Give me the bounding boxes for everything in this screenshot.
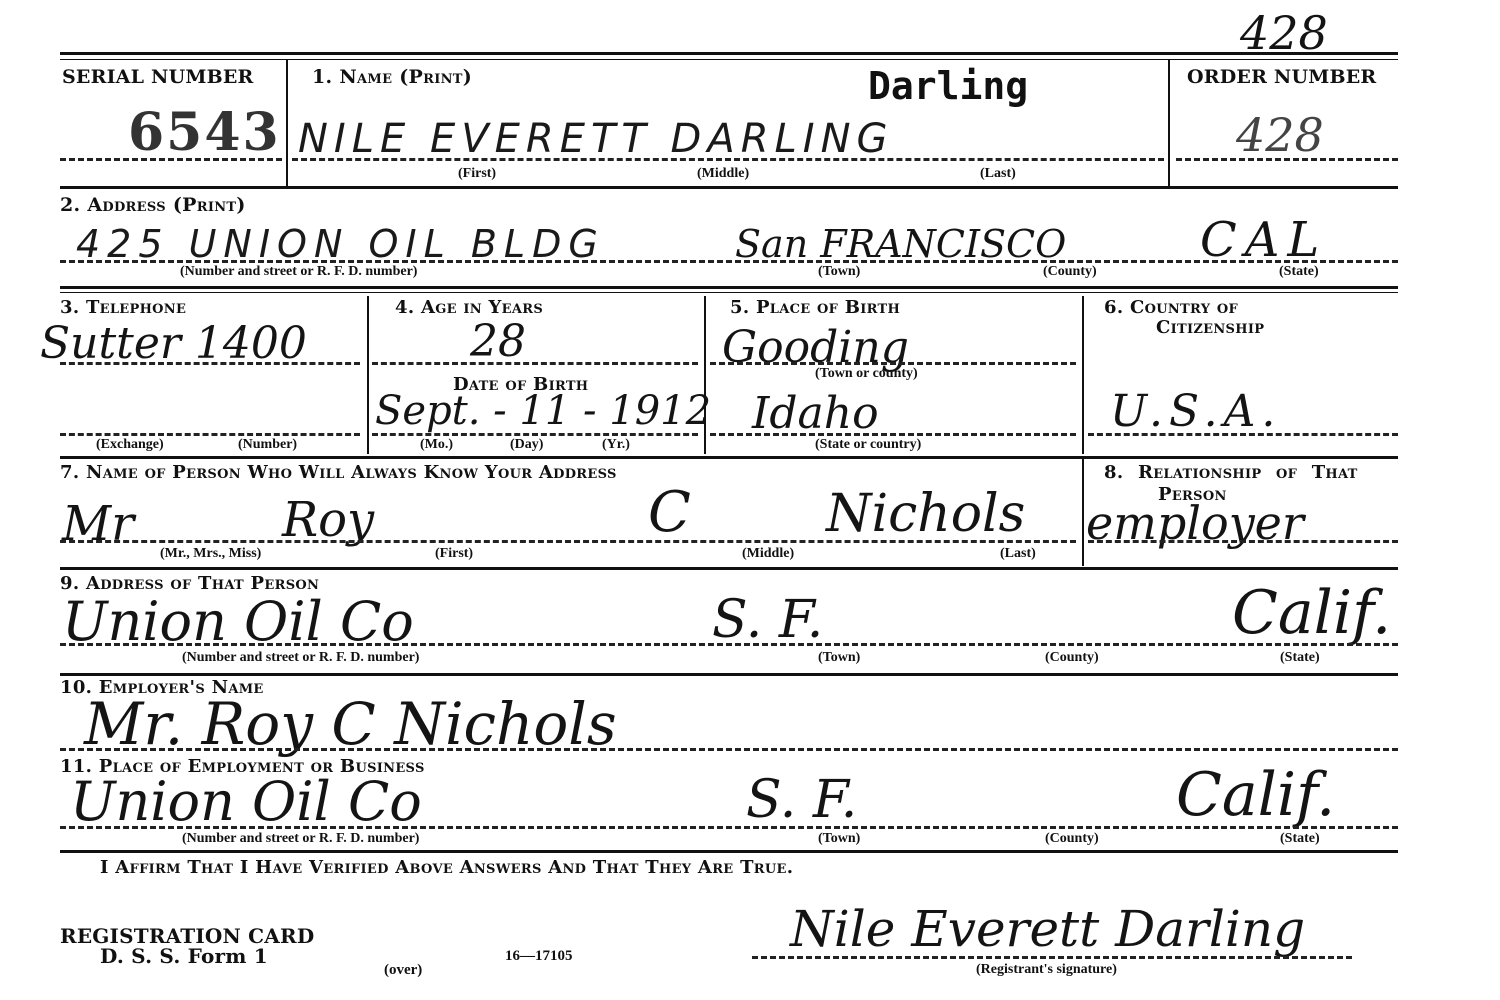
registrant-signature: Nile Everett Darling [790,900,1305,958]
contact-address-town: S. F. [712,590,823,650]
serial-number-label: SERIAL NUMBER [62,66,254,88]
name-label: 1. Name (Print) [312,66,472,88]
birthplace-town-line [710,362,1076,365]
relationship-label-1: 8. Relationship of That [1104,462,1358,483]
row-divider [60,567,1398,570]
contact-address-state: Calif. [1232,578,1391,648]
name-value: NILE EVERETT DARLING [298,116,894,162]
signature-label: (Registrant's signature) [976,962,1117,978]
telephone-label: 3. Telephone [60,297,186,318]
dob-yr-sublabel: (Yr.) [602,437,630,453]
contact-address-street-sublabel: (Number and street or R. F. D. number) [182,650,419,666]
order-number-label: ORDER NUMBER [1187,66,1376,88]
divider [286,60,288,186]
birthplace-label: 5. Place of Birth [730,297,900,318]
top-border [60,52,1398,55]
divider [1168,60,1170,186]
birthplace-state: Idaho [752,388,879,439]
name-last-sublabel: (Last) [980,166,1016,182]
address-label: 2. Address (Print) [60,194,246,216]
dob-value: Sept. - 11 - 1912 [375,388,711,434]
contact-person-label: 7. Name of Person Who Will Always Know Y… [60,462,617,483]
citizenship-label-2: Citizenship [1156,317,1264,338]
telephone-number-sublabel: (Number) [238,437,297,453]
row-divider [60,850,1398,853]
employment-place-line [60,826,1398,829]
contact-title: Mr [62,496,134,552]
affirmation-text: I Affirm That I Have Verified Above Answ… [100,857,793,878]
signature-line [752,956,1352,959]
contact-address-town-sublabel: (Town) [818,650,860,666]
relationship-line [1088,540,1398,543]
order-number-top: 428 [1240,6,1328,60]
employment-county-sublabel: (County) [1045,831,1099,847]
contact-line [60,540,1076,543]
top-border-inner [60,59,1398,60]
address-line [60,260,1398,263]
employment-town-sublabel: (Town) [818,831,860,847]
row-divider [60,186,1398,189]
birthplace-town-sublabel: (Town or county) [815,366,918,382]
address-county-sublabel: (County) [1043,264,1097,280]
dob-day-sublabel: (Day) [510,437,543,453]
contact-last-sublabel: (Last) [1000,546,1036,562]
age-line [372,362,698,365]
employment-place-street: Union Oil Co [70,770,422,833]
over-label: (over) [384,962,422,979]
citizenship-line [1088,433,1398,436]
address-town-sublabel: (Town) [818,264,860,280]
serial-number-line [60,158,282,161]
citizenship-label-1: 6. Country of [1104,297,1238,318]
telephone-exchange-sublabel: (Exchange) [96,437,164,453]
telephone-line [60,362,360,365]
name-middle-sublabel: (Middle) [697,166,749,182]
contact-middle: C [648,480,691,545]
age-label: 4. Age in Years [395,297,543,318]
print-code: 16—17105 [505,948,573,965]
contact-first-sublabel: (First) [435,546,473,562]
row-divider-inner [60,292,1398,293]
citizenship-value: U.S.A. [1110,386,1281,437]
row-divider [60,456,1398,459]
telephone-line-2 [60,433,360,436]
birthplace-state-sublabel: (State or country) [815,437,921,453]
contact-title-sublabel: (Mr., Mrs., Miss) [160,546,261,562]
divider [1082,296,1084,454]
name-line [292,158,1164,161]
address-street-sublabel: (Number and street or R. F. D. number) [180,264,417,280]
employer-line [60,748,1398,751]
order-number-value: 428 [1236,108,1324,162]
order-number-line [1176,158,1398,161]
divider [1082,458,1084,566]
contact-address-line [60,643,1398,646]
row-divider [60,286,1398,289]
contact-middle-sublabel: (Middle) [742,546,794,562]
employment-street-sublabel: (Number and street or R. F. D. number) [182,831,419,847]
stamped-surname: Darling [868,64,1028,108]
row-divider [60,673,1398,676]
address-state-sublabel: (State) [1279,264,1319,280]
form-number: D. S. S. Form 1 [100,944,268,968]
dob-mo-sublabel: (Mo.) [420,437,453,453]
contact-address-state-sublabel: (State) [1280,650,1320,666]
serial-number-value: 6543 [128,102,281,163]
divider [704,296,706,454]
age-value: 28 [470,316,526,367]
employment-state-sublabel: (State) [1280,831,1320,847]
name-first-sublabel: (First) [458,166,496,182]
birthplace-state-line [710,433,1076,436]
employment-place-town: S. F. [746,770,857,830]
divider [367,296,369,454]
contact-address-county-sublabel: (County) [1045,650,1099,666]
contact-last: Nichols [826,484,1025,544]
dob-line [372,433,698,436]
employment-place-state: Calif. [1176,760,1335,830]
